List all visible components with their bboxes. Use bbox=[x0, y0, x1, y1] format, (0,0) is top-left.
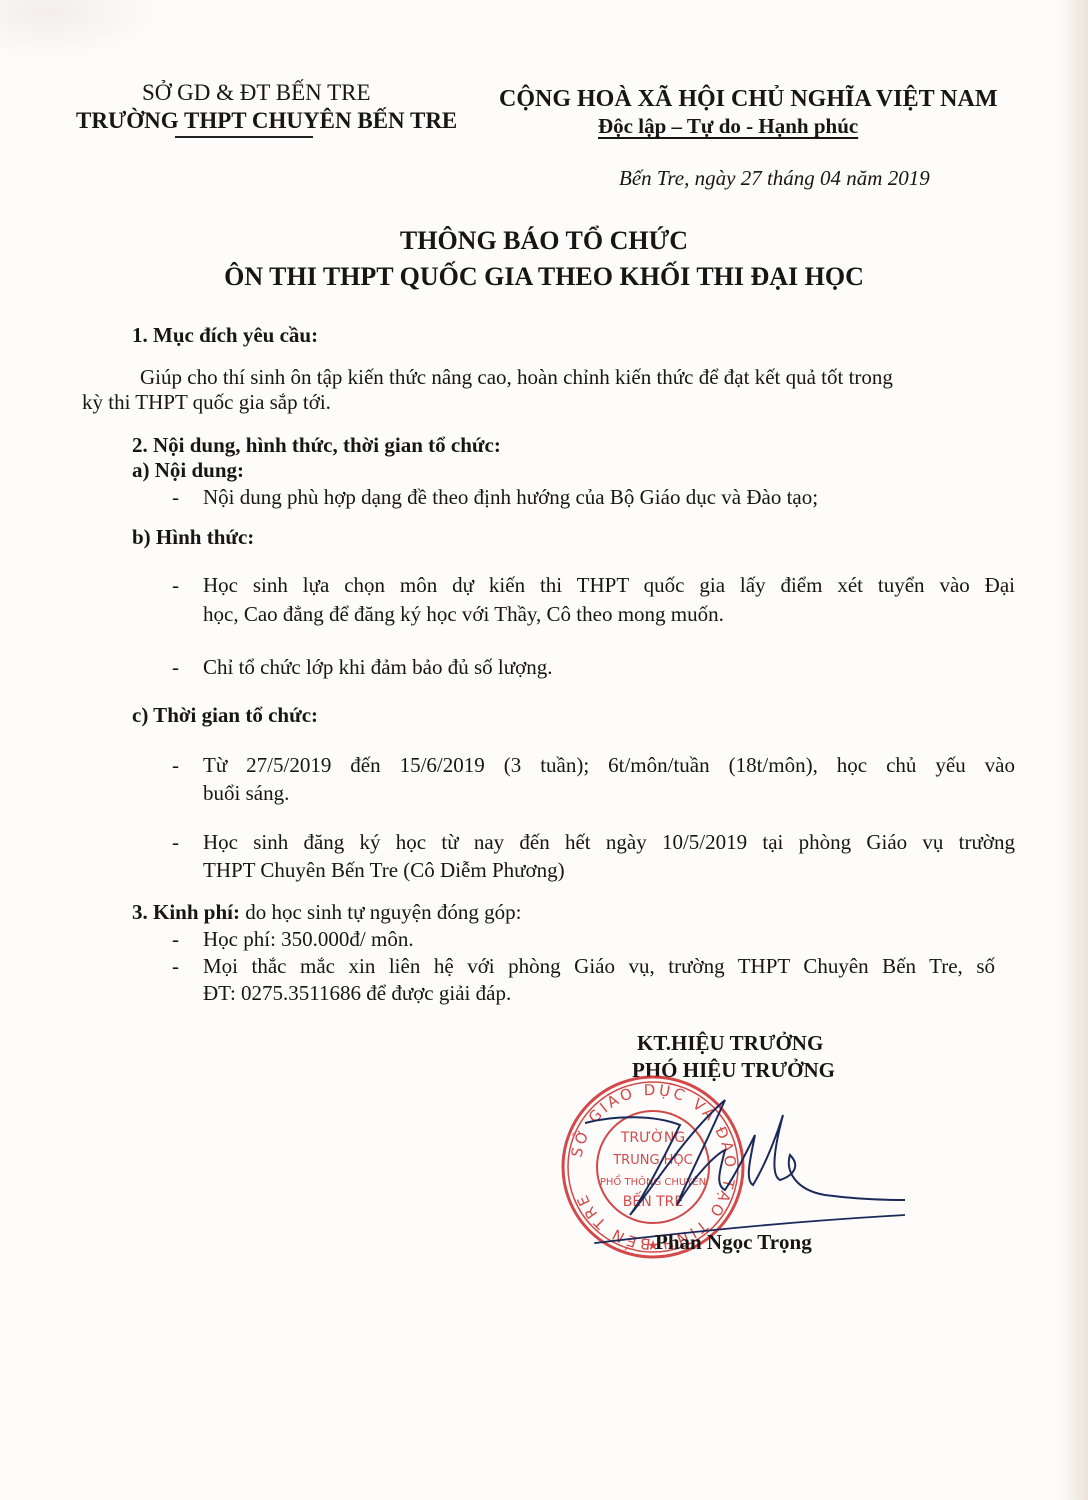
school-name: TRƯỜNG THPT CHUYÊN BẾN TRE bbox=[76, 108, 457, 134]
section-3-item2-line1: Mọi thắc mắc xin liên hệ với phòng Giáo … bbox=[203, 954, 995, 979]
signer-name: Phan Ngọc Trọng bbox=[655, 1230, 812, 1255]
signer-title-1: KT.HIỆU TRƯỞNG bbox=[637, 1031, 823, 1056]
section-2c-item2-line1: Học sinh đăng ký học từ nay đến hết ngày… bbox=[203, 830, 1015, 855]
section-2a-item: Nội dung phù hợp dạng đề theo định hướng… bbox=[203, 485, 818, 510]
document-title: THÔNG BÁO TỔ CHỨC bbox=[0, 226, 1088, 256]
section-2c-item1-line2: buổi sáng. bbox=[203, 781, 289, 806]
section-2b-heading: b) Hình thức: bbox=[132, 525, 254, 550]
section-2-heading: 2. Nội dung, hình thức, thời gian tổ chứ… bbox=[132, 433, 501, 458]
bullet: - bbox=[172, 954, 179, 979]
bullet: - bbox=[172, 927, 179, 952]
section-3-item1: Học phí: 350.000đ/ môn. bbox=[203, 927, 414, 952]
section-1-paragraph-line2: kỳ thi THPT quốc gia sắp tới. bbox=[82, 390, 331, 415]
section-2c-item2-line2: THPT Chuyên Bến Tre (Cô Diễm Phương) bbox=[203, 858, 565, 883]
bullet: - bbox=[172, 573, 179, 598]
section-3-heading: 3. Kinh phí: do học sinh tự nguyện đóng … bbox=[132, 900, 521, 925]
section-2c-item1-line1: Từ 27/5/2019 đến 15/6/2019 (3 tuần); 6t/… bbox=[203, 753, 1015, 778]
section-2b-item1-line2: học, Cao đẳng để đăng ký học với Thầy, C… bbox=[203, 602, 724, 627]
section-3-heading-label: 3. Kinh phí: bbox=[132, 900, 240, 924]
department-name: SỞ GD & ĐT BẾN TRE bbox=[142, 80, 371, 106]
document-subtitle: ÔN THI THPT QUỐC GIA THEO KHỐI THI ĐẠI H… bbox=[0, 262, 1088, 292]
paper-edge-shadow bbox=[1058, 0, 1088, 1500]
section-3-item2-line2: ĐT: 0275.3511686 để được giải đáp. bbox=[203, 981, 511, 1006]
section-2b-item1-line1: Học sinh lựa chọn môn dự kiến thi THPT q… bbox=[203, 573, 1015, 598]
bullet: - bbox=[172, 655, 179, 680]
section-2c-heading: c) Thời gian tổ chức: bbox=[132, 703, 318, 728]
paper-shadow bbox=[0, 0, 160, 60]
bullet: - bbox=[172, 485, 179, 510]
bullet: - bbox=[172, 753, 179, 778]
section-1-paragraph-line1: Giúp cho thí sinh ôn tập kiến thức nâng … bbox=[140, 365, 893, 390]
document-date: Bến Tre, ngày 27 tháng 04 năm 2019 bbox=[619, 166, 930, 191]
national-motto: Độc lập – Tự do - Hạnh phúc bbox=[598, 114, 858, 139]
section-2b-item2: Chỉ tổ chức lớp khi đảm bảo đủ số lượng. bbox=[203, 655, 552, 680]
school-name-underline bbox=[175, 136, 313, 138]
bullet: - bbox=[172, 830, 179, 855]
section-3-heading-text: do học sinh tự nguyện đóng góp: bbox=[240, 900, 521, 924]
section-1-heading: 1. Mục đích yêu cầu: bbox=[132, 323, 318, 348]
national-title: CỘNG HOÀ XÃ HỘI CHỦ NGHĨA VIỆT NAM bbox=[499, 86, 998, 113]
section-2a-heading: a) Nội dung: bbox=[132, 458, 244, 483]
